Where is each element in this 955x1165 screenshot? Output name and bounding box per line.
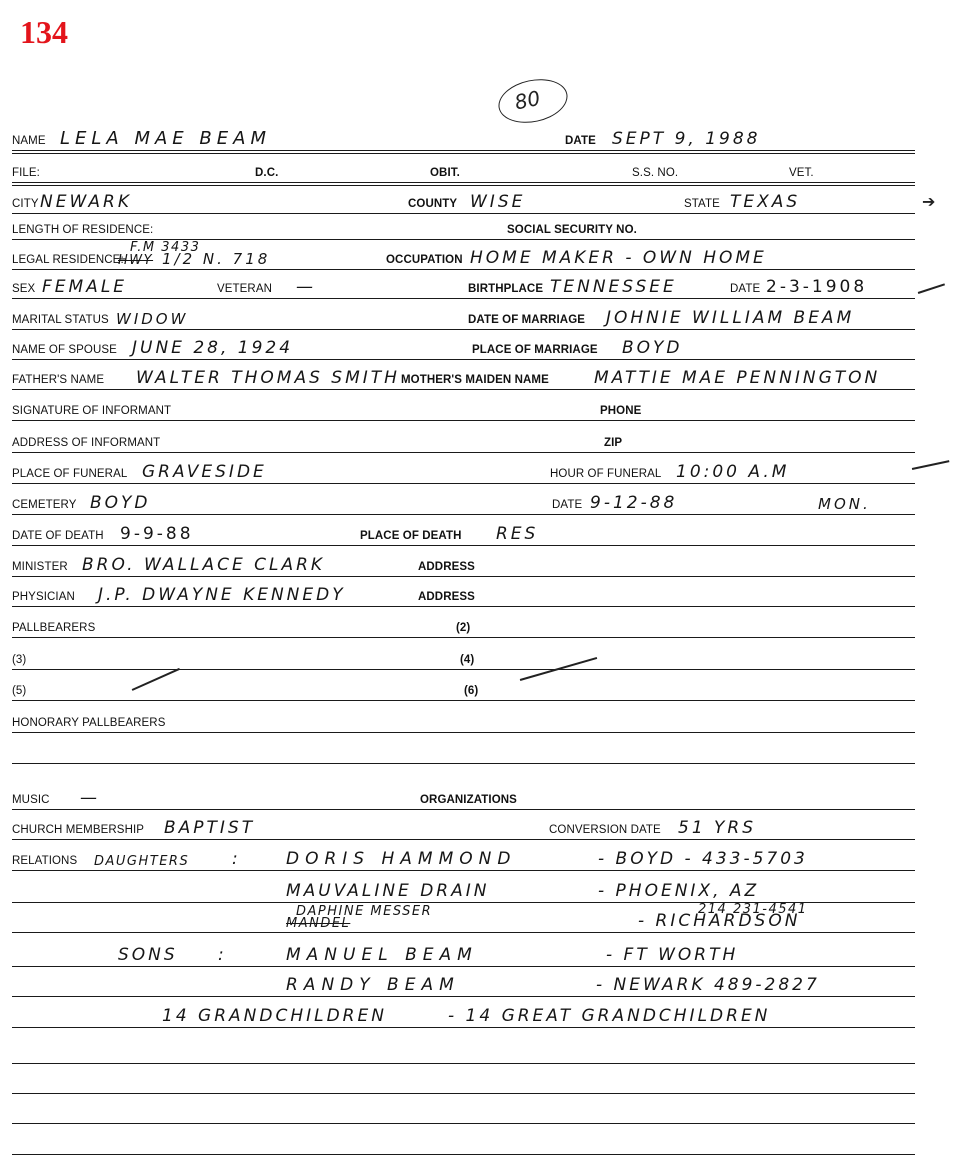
blank-line <box>12 1128 915 1155</box>
minister-label: MINISTER <box>12 561 68 573</box>
ss-no-label: S.S. NO. <box>632 167 678 179</box>
birth-date-value[interactable]: 2-3-1908 <box>766 277 867 297</box>
pallbearer-slot-3: (3) <box>12 654 26 666</box>
relation-name[interactable]: MAUVALINE DRAIN <box>286 881 489 901</box>
relations-row-2: MAUVALINE DRAIN - PHOENIX, AZ <box>12 876 915 903</box>
date-of-death-label: DATE OF DEATH <box>12 530 104 542</box>
relation-separator: : <box>232 849 241 869</box>
sex-value[interactable]: FEMALE <box>42 277 127 297</box>
place-of-death-value[interactable]: RES <box>496 524 538 544</box>
relations-row-1: RELATIONS DAUGHTERS : DORIS HAMMOND - BO… <box>12 844 915 871</box>
spouse-row: NAME OF SPOUSE JUNE 28, 1924 PLACE OF MA… <box>12 333 915 360</box>
place-of-marriage-label: PLACE OF MARRIAGE <box>472 344 598 356</box>
relations-row-5: RANDY BEAM - NEWARK 489-2827 <box>12 970 915 997</box>
informant-address-row: ADDRESS OF INFORMANT ZIP <box>12 426 915 453</box>
birthplace-label: BIRTHPLACE <box>468 283 543 295</box>
marital-row: MARITAL STATUS WIDOW DATE OF MARRIAGE JO… <box>12 303 915 330</box>
cemetery-row: CEMETERY BOYD DATE 9-12-88 MON. <box>12 488 915 515</box>
county-label: COUNTY <box>408 198 457 210</box>
relations-row-6: 14 GRANDCHILDREN - 14 GREAT GRANDCHILDRE… <box>12 1001 915 1028</box>
pallbearers-row-1: PALLBEARERS (2) <box>12 611 915 638</box>
honorary-pallbearers-label: HONORARY PALLBEARERS <box>12 717 165 729</box>
conversion-date-label: CONVERSION DATE <box>549 824 661 836</box>
minister-row: MINISTER BRO. WALLACE CLARK ADDRESS <box>12 550 915 577</box>
funeral-date-value[interactable]: 9-12-88 <box>590 493 677 513</box>
relation-separator: : <box>218 945 227 965</box>
relation-detail[interactable]: - RICHARDSON <box>638 911 800 931</box>
city-label: CITY <box>12 198 39 210</box>
name-value[interactable]: LELA MAE BEAM <box>60 128 271 149</box>
name-row: NAME LELA MAE BEAM DATE SEPT 9, 1988 <box>12 124 915 154</box>
zip-label: ZIP <box>604 437 622 449</box>
signature-label: SIGNATURE OF INFORMANT <box>12 405 171 417</box>
state-value[interactable]: TEXAS <box>730 192 800 212</box>
check-mark-icon <box>912 460 950 469</box>
veteran-label: VETERAN <box>217 283 272 295</box>
veteran-value[interactable]: — <box>296 277 316 297</box>
pallbearers-row-3: (5) (6) <box>12 674 915 701</box>
cemetery-label: CEMETERY <box>12 499 77 511</box>
music-row: MUSIC — ORGANIZATIONS <box>12 783 915 810</box>
occupation-label: OCCUPATION <box>386 254 463 266</box>
date-label: DATE <box>565 135 596 147</box>
church-row: CHURCH MEMBERSHIP BAPTIST CONVERSION DAT… <box>12 813 915 840</box>
pallbearer-slot-4: (4) <box>460 654 474 666</box>
organizations-label: ORGANIZATIONS <box>420 794 517 806</box>
address-of-informant-label: ADDRESS OF INFORMANT <box>12 437 160 449</box>
name-label: NAME <box>12 135 46 147</box>
file-row: FILE: D.C. OBIT. S.S. NO. VET. <box>12 156 915 186</box>
marital-status-value[interactable]: WIDOW <box>116 310 188 328</box>
fathers-name-label: FATHER'S NAME <box>12 374 104 386</box>
birth-date-label: DATE <box>730 283 760 295</box>
file-label: FILE: <box>12 167 40 179</box>
mothers-maiden-name-value[interactable]: MATTIE MAE PENNINGTON <box>594 368 880 388</box>
marital-status-label: MARITAL STATUS <box>12 314 109 326</box>
page-number: 134 <box>20 14 68 51</box>
legal-residence-struck-value: HWY <box>118 253 153 268</box>
relation-detail[interactable]: - BOYD - 433-5703 <box>598 849 808 869</box>
dc-label: D.C. <box>255 167 278 179</box>
residence-length-row: LENGTH OF RESIDENCE: SOCIAL SECURITY NO. <box>12 213 915 240</box>
mothers-maiden-name-label: MOTHER'S MAIDEN NAME <box>401 374 549 386</box>
relation-name[interactable]: DORIS HAMMOND <box>286 849 516 869</box>
pallbearers-row-2: (3) (4) <box>12 643 915 670</box>
fathers-name-value[interactable]: WALTER THOMAS SMITH <box>136 368 400 388</box>
relation-detail[interactable]: - FT WORTH <box>606 945 738 965</box>
sex-row: SEX FEMALE VETERAN — BIRTHPLACE TENNESSE… <box>12 272 915 299</box>
legal-residence-row: LEGAL RESIDENCE: F.M 3433 HWY 1/2 N. 718… <box>12 243 915 270</box>
name-of-spouse-value[interactable]: JUNE 28, 1924 <box>132 338 293 358</box>
place-of-death-label: PLACE OF DEATH <box>360 530 462 542</box>
check-mark-icon <box>918 283 945 293</box>
relation-group[interactable]: DAUGHTERS <box>94 854 189 869</box>
blank-line <box>12 1037 915 1064</box>
place-of-funeral-label: PLACE OF FUNERAL <box>12 468 127 480</box>
relation-detail[interactable]: - PHOENIX, AZ <box>598 881 759 901</box>
birthplace-value[interactable]: TENNESSEE <box>550 277 677 297</box>
blank-line <box>12 1067 915 1094</box>
legal-residence-label: LEGAL RESIDENCE: <box>12 254 124 266</box>
funeral-place-row: PLACE OF FUNERAL GRAVESIDE HOUR OF FUNER… <box>12 457 915 484</box>
state-label: STATE <box>684 198 720 210</box>
minister-value[interactable]: BRO. WALLACE CLARK <box>82 555 325 575</box>
circled-annotation: 80 <box>494 73 571 129</box>
pallbearer-slot-2: (2) <box>456 622 470 634</box>
relations-row-4: SONS : MANUEL BEAM - FT WORTH <box>12 940 915 967</box>
signature-row: SIGNATURE OF INFORMANT PHONE <box>12 394 915 421</box>
relations-label: RELATIONS <box>12 855 77 867</box>
length-of-residence-label: LENGTH OF RESIDENCE: <box>12 224 153 236</box>
date-of-marriage-label: DATE OF MARRIAGE <box>468 314 585 326</box>
relation-name[interactable]: RANDY BEAM <box>286 975 460 995</box>
funeral-day-value[interactable]: MON. <box>818 495 871 513</box>
date-of-death-value[interactable]: 9-9-88 <box>120 524 194 544</box>
physician-value[interactable]: J.P. DWAYNE KENNEDY <box>98 585 346 605</box>
relation-name[interactable]: 14 GRANDCHILDREN <box>162 1006 387 1026</box>
minister-address-label: ADDRESS <box>418 561 475 573</box>
city-value[interactable]: NEWARK <box>40 192 132 212</box>
relation-struck-name: MANDEL <box>286 916 350 931</box>
date-value[interactable]: SEPT 9, 1988 <box>612 129 760 149</box>
obit-label: OBIT. <box>430 167 460 179</box>
arrow-mark-icon: ➔ <box>922 192 935 211</box>
parents-row: FATHER'S NAME WALTER THOMAS SMITH MOTHER… <box>12 363 915 390</box>
city-row: CITY NEWARK COUNTY WISE STATE TEXAS <box>12 187 915 214</box>
physician-label: PHYSICIAN <box>12 591 75 603</box>
relation-name[interactable]: MANUEL BEAM <box>286 945 478 965</box>
pallbearer-slot-5: (5) <box>12 685 26 697</box>
place-of-marriage-value[interactable]: BOYD <box>622 338 683 358</box>
county-value[interactable]: WISE <box>470 192 525 212</box>
pallbearers-label: PALLBEARERS <box>12 622 95 634</box>
cemetery-value[interactable]: BOYD <box>90 493 151 513</box>
legal-residence-value[interactable]: 1/2 N. 718 <box>162 250 270 268</box>
conversion-date-value[interactable]: 51 YRS <box>678 818 756 838</box>
place-of-funeral-value[interactable]: GRAVESIDE <box>142 462 267 482</box>
social-security-label: SOCIAL SECURITY NO. <box>507 224 637 236</box>
relations-row-3: DAPHINE MESSER MANDEL 214 231-4541 - RIC… <box>12 906 915 933</box>
honorary-pallbearers-row: HONORARY PALLBEARERS <box>12 706 915 733</box>
phone-label: PHONE <box>600 405 641 417</box>
sex-label: SEX <box>12 283 35 295</box>
occupation-value[interactable]: HOME MAKER - OWN HOME <box>470 248 767 268</box>
music-value[interactable]: — <box>80 788 100 808</box>
honorary-pallbearers-line <box>12 737 915 764</box>
funeral-date-label: DATE <box>552 499 582 511</box>
music-label: MUSIC <box>12 794 50 806</box>
hour-of-funeral-value[interactable]: 10:00 A.M <box>676 462 789 482</box>
church-membership-value[interactable]: BAPTIST <box>164 818 255 838</box>
physician-address-label: ADDRESS <box>418 591 475 603</box>
hour-of-funeral-label: HOUR OF FUNERAL <box>550 468 661 480</box>
pallbearer-slot-6: (6) <box>464 685 478 697</box>
church-membership-label: CHURCH MEMBERSHIP <box>12 824 144 836</box>
death-row: DATE OF DEATH 9-9-88 PLACE OF DEATH RES <box>12 519 915 546</box>
blank-line <box>12 1097 915 1124</box>
vet-label: VET. <box>789 167 814 179</box>
date-of-marriage-value[interactable]: JOHNIE WILLIAM BEAM <box>606 308 854 328</box>
name-of-spouse-label: NAME OF SPOUSE <box>12 344 117 356</box>
relation-detail[interactable]: - 14 GREAT GRANDCHILDREN <box>448 1006 770 1026</box>
relation-group[interactable]: SONS <box>118 945 178 965</box>
physician-row: PHYSICIAN J.P. DWAYNE KENNEDY ADDRESS <box>12 580 915 607</box>
relation-detail[interactable]: - NEWARK 489-2827 <box>596 975 820 995</box>
